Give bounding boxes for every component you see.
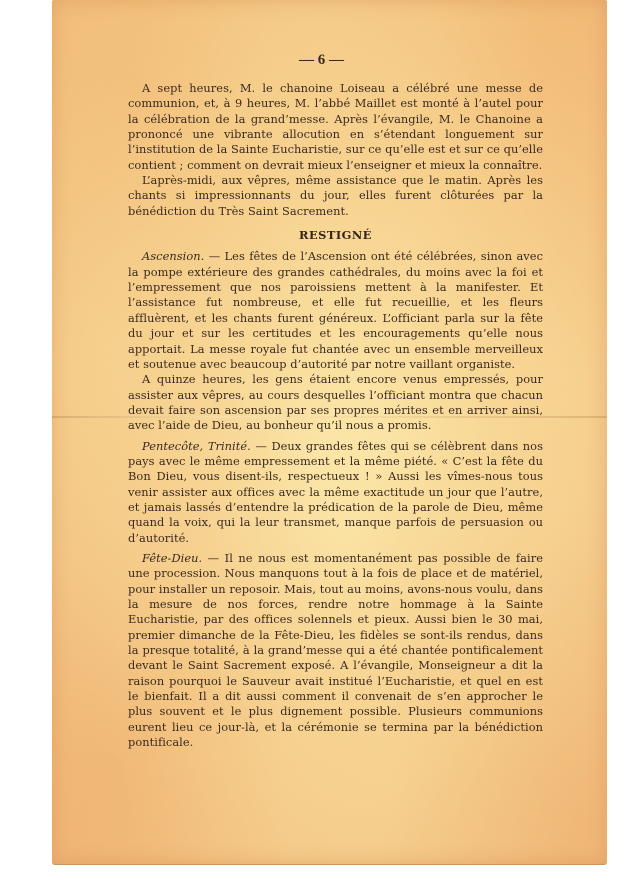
lead-pentecote: Pentecôte, Trinité. bbox=[142, 439, 251, 453]
text-pentecote: — Deux grandes fêtes qui se célèbrent da… bbox=[128, 439, 543, 545]
section-heading: RESTIGNÉ bbox=[128, 228, 543, 243]
text-fete-dieu: — Il ne nous est momentanément pas possi… bbox=[128, 551, 543, 749]
paragraph-ascension-continued: A quinze heures, les gens étaient encore… bbox=[128, 372, 543, 433]
text-ascension: — Les fêtes de l’Ascension ont été céléb… bbox=[128, 249, 543, 370]
paragraph-intro-2: L’après-midi, aux vêpres, même assistanc… bbox=[128, 173, 543, 219]
paragraph-pentecote: Pentecôte, Trinité. — Deux grandes fêtes… bbox=[128, 439, 543, 546]
lead-fete-dieu: Fête-Dieu. bbox=[142, 551, 202, 565]
paragraph-intro-1: A sept heures, M. le chanoine Loiseau a … bbox=[128, 81, 543, 173]
paragraph-ascension: Ascension. — Les fêtes de l’Ascension on… bbox=[128, 249, 543, 372]
page-number: — 6 — bbox=[0, 52, 643, 69]
lead-ascension: Ascension. bbox=[142, 249, 204, 263]
article-body: A sept heures, M. le chanoine Loiseau a … bbox=[128, 81, 543, 750]
paragraph-fete-dieu: Fête-Dieu. — Il ne nous est momentanémen… bbox=[128, 551, 543, 750]
